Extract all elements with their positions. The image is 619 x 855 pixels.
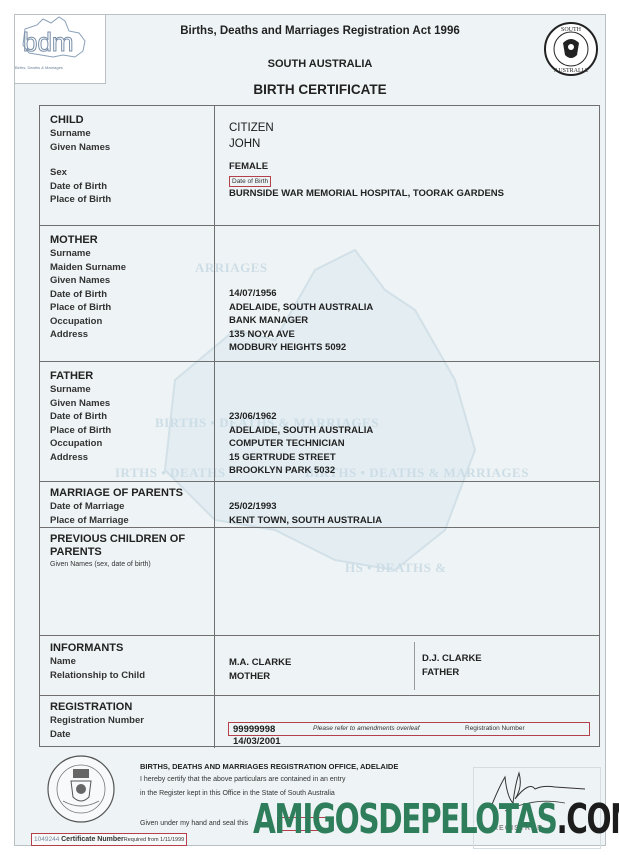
registration-number: 99999998 <box>233 724 275 735</box>
certificate-number-label: Certificate Number <box>61 836 124 843</box>
section-registration: REGISTRATION Registration Number Date 99… <box>40 696 599 748</box>
certificate-table: CHILD Surname Given Names Sex Date of Bi… <box>39 105 600 747</box>
father-address-line1: 15 GERTRUDE STREET <box>229 451 373 465</box>
south-australia-seal-icon: SOUTH AUSTRALIA <box>543 21 599 77</box>
father-occupation: COMPUTER TECHNICIAN <box>229 437 373 451</box>
section-mother: MOTHER Surname Maiden Surname Given Name… <box>40 226 599 362</box>
registration-office: BIRTHS, DEATHS AND MARRIAGES REGISTRATIO… <box>140 762 398 771</box>
child-place-of-birth: BURNSIDE WAR MEMORIAL HOSPITAL, TOORAK G… <box>229 187 504 201</box>
father-place-of-birth: ADELAIDE, SOUTH AUSTRALIA <box>229 424 373 438</box>
father-address-line2: BROOKLYN PARK 5032 <box>229 464 373 478</box>
svg-text:SOUTH: SOUTH <box>561 27 582 33</box>
certification-line1: I hereby certify that the above particul… <box>140 776 345 783</box>
child-sex: FEMALE <box>229 160 504 174</box>
registrar-seal-icon <box>45 753 117 825</box>
certificate-title: BIRTH CERTIFICATE <box>15 82 605 97</box>
section-informants: INFORMANTS Name Relationship to Child M.… <box>40 636 599 696</box>
informant2-relationship: FATHER <box>422 666 482 680</box>
child-date-of-birth-field: Date of Birth <box>229 176 271 187</box>
registration-date: 14/03/2001 <box>233 735 281 749</box>
section-child: CHILD Surname Given Names Sex Date of Bi… <box>40 106 599 226</box>
amendments-note: Please refer to amendments overleaf <box>313 725 420 732</box>
promo-watermark: AMIGOSDEPELOTAS.COM <box>253 799 619 840</box>
section-marriage: MARRIAGE OF PARENTS Date of Marriage Pla… <box>40 482 599 528</box>
bdm-logo-icon: bdm <box>17 15 91 59</box>
child-title: CHILD <box>50 114 111 127</box>
registration-number-box: 99999998 Please refer to amendments over… <box>228 722 590 736</box>
informant1-relationship: MOTHER <box>229 670 291 684</box>
given-under-hand: Given under my hand and seal this <box>140 820 248 827</box>
mother-address-line2: MODBURY HEIGHTS 5092 <box>229 341 373 355</box>
mother-place-of-birth: ADELAIDE, SOUTH AUSTRALIA <box>229 301 373 315</box>
child-given-names: JOHN <box>229 136 504 152</box>
certificate-number: 1049244 <box>34 836 59 843</box>
marriage-place: KENT TOWN, SOUTH AUSTRALIA <box>229 514 382 528</box>
informant2-name: D.J. CLARKE <box>422 652 482 666</box>
certificate-number-box: 1049244 Certificate NumberRequired from … <box>31 833 187 846</box>
marriage-date: 25/02/1993 <box>229 500 382 514</box>
father-date-of-birth: 23/06/1962 <box>229 410 373 424</box>
child-surname: CITIZEN <box>229 120 504 136</box>
mother-address-line1: 135 NOYA AVE <box>229 328 373 342</box>
state-heading: SOUTH AUSTRALIA <box>15 58 605 70</box>
certificate-required-note: Required from 1/11/1999 <box>124 837 184 843</box>
section-father: FATHER Surname Given Names Date of Birth… <box>40 362 599 482</box>
registration-number-label: Registration Number <box>465 725 525 732</box>
act-heading: Births, Deaths and Marriages Registratio… <box>15 25 605 37</box>
svg-text:AUSTRALIA: AUSTRALIA <box>554 68 589 74</box>
mother-date-of-birth: 14/07/1956 <box>229 287 373 301</box>
informant1-name: M.A. CLARKE <box>229 656 291 670</box>
mother-occupation: BANK MANAGER <box>229 314 373 328</box>
certificate-page: bdm Births, Deaths & Marriages Births, D… <box>14 14 606 846</box>
section-previous-children: PREVIOUS CHILDREN OF PARENTS Given Names… <box>40 528 599 636</box>
